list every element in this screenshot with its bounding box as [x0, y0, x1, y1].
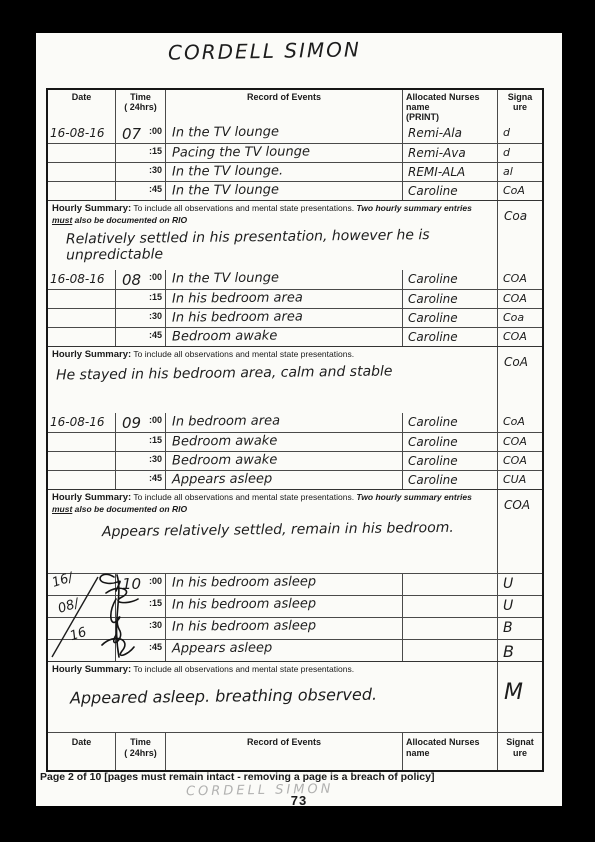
observation-block-10: 16/ 08/ 16 10:00 In his bedro: [48, 573, 542, 661]
nurse-name: Caroline: [408, 415, 458, 429]
observation-block-07: 16-08-16 07:00 In the TV lounge Remi-Ala…: [48, 124, 542, 200]
table-header-row: Date Time( 24hrs) Record of Events Alloc…: [48, 90, 542, 124]
nurse-name: Remi-Ala: [408, 126, 462, 140]
nurse-name: Remi-Ava: [408, 146, 466, 160]
signature: COA: [503, 435, 527, 448]
minute-label: :15: [149, 292, 162, 302]
minute-label: :15: [149, 435, 162, 445]
observation-table: Date Time( 24hrs) Record of Events Alloc…: [46, 88, 544, 772]
table-row: 16-08-16 07:00 In the TV lounge Remi-Ala…: [48, 124, 542, 143]
event-entry: Bedroom awake: [172, 329, 277, 345]
table-row: 16-08-16 08:00 In the TV lounge Caroline…: [48, 270, 542, 289]
event-entry: In his bedroom asleep: [172, 574, 316, 590]
nurse-name: Caroline: [408, 272, 458, 286]
summary-note-handwritten: He stayed in his bedroom area, calm and …: [52, 362, 476, 383]
policy-text: [pages must remain intact - removing a p…: [104, 771, 434, 783]
signature: B: [503, 642, 514, 661]
header-date: Date: [48, 90, 116, 124]
signature: COA: [503, 454, 527, 467]
footer-header-signature: Signature: [498, 733, 542, 770]
signature: al: [503, 165, 513, 178]
header-record-of-events: Record of Events: [166, 90, 403, 124]
event-entry: In the TV lounge.: [172, 164, 283, 180]
nurse-name: Caroline: [408, 454, 458, 468]
date-handwritten: 16-08-16: [50, 126, 104, 140]
date-handwritten: 16-08-16: [50, 272, 104, 286]
hourly-summary-10: Hourly Summary: To include all observati…: [48, 661, 542, 732]
event-entry: Appears asleep: [172, 641, 272, 657]
hourly-summary-07: Hourly Summary: To include all observati…: [48, 200, 542, 270]
event-entry: In his bedroom asleep: [172, 596, 316, 612]
minute-label: :00: [149, 415, 162, 425]
event-entry: Bedroom awake: [172, 453, 277, 469]
minute-label: :00: [149, 272, 162, 282]
minute-label: :30: [149, 454, 162, 464]
footer-header-date: Date: [48, 733, 116, 770]
event-entry: In the TV lounge: [172, 271, 279, 287]
hourly-summary-label: Hourly Summary: To include all observati…: [52, 349, 493, 361]
nurse-name: Caroline: [408, 435, 458, 449]
minute-label: :45: [149, 473, 162, 483]
nurse-name: Caroline: [408, 184, 458, 198]
event-entry: In the TV lounge: [172, 125, 279, 141]
table-row: :45 In the TV lounge Caroline CoA: [48, 181, 542, 200]
page-policy-line: Page 2 of 10 [pages must remain intact -…: [40, 771, 434, 783]
summary-signature: CoA: [504, 355, 528, 369]
event-entry: Pacing the TV lounge: [172, 144, 310, 160]
table-row: :30 Bedroom awake Caroline COA: [48, 451, 542, 470]
summary-note-handwritten: Relatively settled in his presentation, …: [52, 226, 496, 263]
event-entry: In his bedroom area: [172, 309, 303, 325]
footer-header-record-of-events: Record of Events: [166, 733, 403, 770]
event-entry: Bedroom awake: [172, 434, 277, 450]
summary-signature: M: [504, 680, 523, 705]
signature: CUA: [503, 473, 526, 486]
hour-handwritten: 07: [122, 125, 141, 143]
hourly-summary-label: Hourly Summary: To include all observati…: [52, 203, 493, 225]
summary-note-handwritten: Appears relatively settled, remain in hi…: [52, 519, 492, 540]
signature: B: [503, 620, 513, 636]
signature: U: [503, 576, 513, 592]
nurse-name: Caroline: [408, 473, 458, 487]
table-row: :15 In his bedroom area Caroline COA: [48, 289, 542, 308]
hour-handwritten: 08: [122, 271, 141, 289]
signature: d: [503, 126, 510, 139]
minute-label: :45: [149, 330, 162, 340]
minute-label: :30: [149, 311, 162, 321]
signature: Coa: [503, 311, 524, 324]
signature: COA: [503, 330, 527, 343]
table-row: :45 Bedroom awake Caroline COA: [48, 327, 542, 346]
nurse-name: Caroline: [408, 311, 458, 325]
signature: CoA: [503, 184, 525, 197]
footer-header-allocated-nurses: Allocated Nursesname: [403, 733, 498, 770]
hourly-summary-08: Hourly Summary: To include all observati…: [48, 346, 542, 413]
summary-signature: Coa: [504, 209, 527, 223]
observation-block-08: 16-08-16 08:00 In the TV lounge Caroline…: [48, 270, 542, 346]
minute-label: :45: [149, 184, 162, 194]
footer-header-time: Time( 24hrs): [116, 733, 166, 770]
nurse-name: Caroline: [408, 330, 458, 344]
hourly-summary-label: Hourly Summary: To include all observati…: [52, 664, 493, 676]
event-entry: In his bedroom area: [172, 290, 303, 306]
minute-label: :15: [149, 146, 162, 156]
patient-name-handwritten: CORDELL SIMON: [168, 37, 361, 64]
table-row: :15 Pacing the TV lounge Remi-Ava d: [48, 143, 542, 162]
nurse-name: REMI-ALA: [408, 165, 465, 179]
signature: CoA: [503, 415, 525, 428]
event-entry: Appears asleep: [172, 472, 272, 488]
table-row: :30 In the TV lounge. REMI-ALA al: [48, 162, 542, 181]
signature: d: [503, 146, 510, 159]
header-signature: Signaure: [498, 90, 542, 124]
page-number: 73: [36, 793, 562, 808]
summary-note-handwritten: Appeared asleep. breathing observed.: [52, 683, 490, 707]
header-allocated-nurses: Allocated Nursesname(PRINT): [403, 90, 498, 124]
nurse-signature-scribble: [86, 569, 158, 665]
header-time: Time( 24hrs): [116, 90, 166, 124]
minute-label: :30: [149, 165, 162, 175]
hourly-summary-label: Hourly Summary: To include all observati…: [52, 492, 493, 514]
signature: COA: [503, 292, 527, 305]
minute-label: :00: [149, 126, 162, 136]
signature: COA: [503, 272, 527, 285]
table-row: 16-08-16 09:00 In bedroom area Caroline …: [48, 413, 542, 432]
table-footer-header-row: Date Time( 24hrs) Record of Events Alloc…: [48, 732, 542, 770]
table-row: :30 In his bedroom area Caroline Coa: [48, 308, 542, 327]
event-entry: In his bedroom asleep: [172, 618, 316, 634]
summary-signature: COA: [504, 498, 530, 512]
date-handwritten: 16-08-16: [50, 415, 104, 429]
signature: U: [503, 598, 513, 614]
table-row: :15 Bedroom awake Caroline COA: [48, 432, 542, 451]
scanned-observation-form: { "page": { "patient_name": "CORDELL SIM…: [0, 0, 595, 842]
nurse-name: Caroline: [408, 292, 458, 306]
event-entry: In bedroom area: [172, 414, 280, 430]
hour-handwritten: 09: [122, 414, 141, 432]
page-count-label: Page 2 of 10: [40, 771, 101, 783]
document-page: CORDELL SIMON Date Time( 24hrs) Record o…: [36, 33, 562, 806]
table-row: :45 Appears asleep Caroline CUA: [48, 470, 542, 489]
hourly-summary-09: Hourly Summary: To include all observati…: [48, 489, 542, 573]
event-entry: In the TV lounge: [172, 183, 279, 199]
observation-block-09: 16-08-16 09:00 In bedroom area Caroline …: [48, 413, 542, 489]
